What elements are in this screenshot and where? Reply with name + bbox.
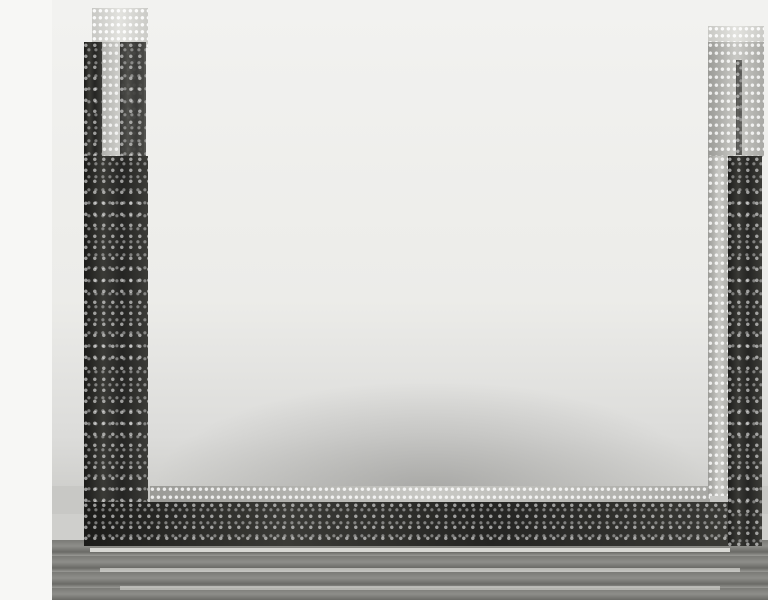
floor-plank	[100, 568, 740, 572]
frame-right-stile	[728, 156, 762, 546]
frame-left-outer-edge	[84, 42, 102, 157]
frame-left-carving	[120, 42, 146, 157]
frame-right-inner-molding	[708, 156, 730, 496]
photograph	[0, 0, 768, 600]
floor-plank	[90, 548, 730, 552]
wall-shadow	[150, 380, 710, 490]
photo-paper-margin	[0, 0, 52, 600]
frame-left-stile	[84, 156, 148, 546]
floor-plank	[120, 586, 720, 590]
frame-bottom-rail	[84, 502, 760, 546]
frame-right-crack	[736, 60, 742, 155]
